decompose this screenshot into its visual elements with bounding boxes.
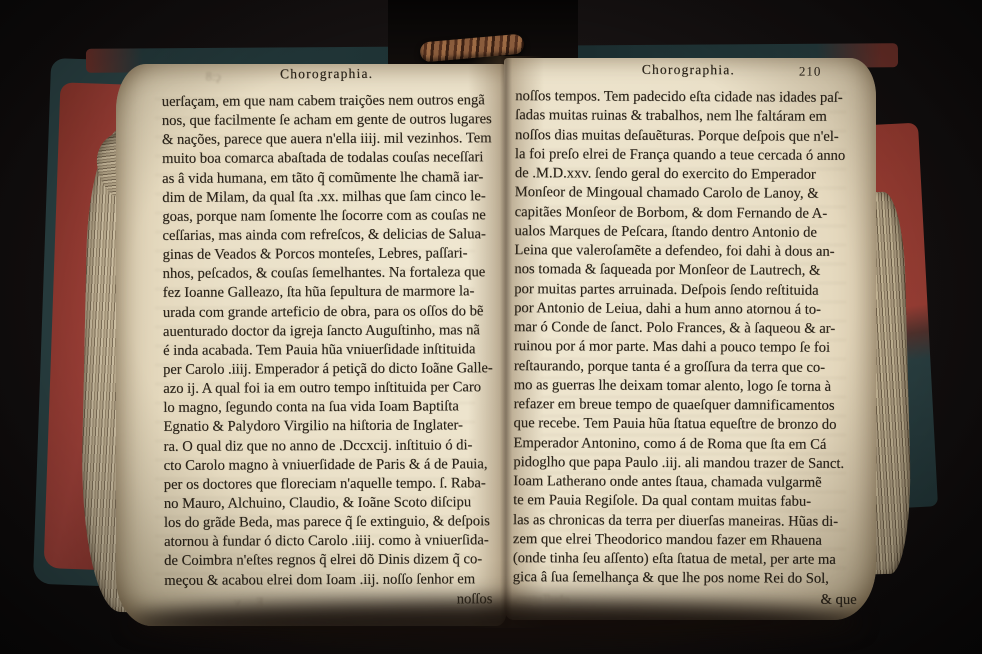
text-line: uerſaçam, em que nam cabem traições nem … xyxy=(162,91,492,112)
text-line: Egnatio & Palydoro Virgilio na hiſtoria … xyxy=(163,417,493,438)
text-line: capitães Monſeor de Borbom, & dom Fernan… xyxy=(515,203,861,224)
text-line: ceſſarias, mas ainda com refreſcos, & de… xyxy=(162,225,492,246)
text-line: per os doctores que floreciam n'aquelle … xyxy=(164,474,494,495)
text-line: & nações, parece que auera n'ella iiij. … xyxy=(162,129,492,150)
text-line: ruinou por á mor parte. Mas dahi a pouco… xyxy=(514,337,860,358)
catchword-left: noſſos xyxy=(457,591,493,608)
text-line: mar ó Conde de ſanct. Polo Frances, & à … xyxy=(514,318,860,339)
text-line: urada com grande arteficio de obra, para… xyxy=(163,302,493,323)
footer-showthrough-mark: obuſſagem xyxy=(517,592,570,607)
text-line: muito boa comarca abaſtada de todalas co… xyxy=(162,149,492,170)
text-line: que recebe. Tem Pauia hũa ſtatua equeſtr… xyxy=(513,414,859,435)
text-line: atornou à fundar ó dicto Carolo .iiij. c… xyxy=(164,531,494,552)
text-line: fez Ioanne Galleazo, ſta hũa ſepultura d… xyxy=(163,283,493,304)
text-line: goas, porque nam ſomente lhe ſocorre com… xyxy=(162,206,492,227)
text-line: por muitas partes arruinada. Deſpois ſen… xyxy=(514,280,860,301)
text-line: as â vida humana, em tãto q̃ comũmente l… xyxy=(162,168,492,189)
text-line: ſadas muitas ruinas & trabalhos, nem lhe… xyxy=(515,106,861,127)
right-text-block: noſſos tempos. Tem padecido eſta cidade … xyxy=(513,87,862,589)
text-line: ra. O qual diz que no anno de .Dccxcij. … xyxy=(164,436,494,457)
catchword-right: & que xyxy=(821,591,857,608)
text-line: Ioam Latherano onde antes ſtaua, chamada… xyxy=(513,472,859,493)
text-line: lo magno, ſegundo conta na ſua vida Ioam… xyxy=(163,397,493,418)
text-line: per Carolo .iiij. Emperador á petiçã do … xyxy=(163,359,489,380)
left-header-row: ç:8 Chorographia. xyxy=(162,65,492,89)
signature-showthrough-mark: E v xyxy=(228,595,263,610)
text-line: é inda acabada. Tem Pauia hũa vniuerſida… xyxy=(163,340,493,361)
text-line: de .M.D.xxv. ſendo geral do exercito do … xyxy=(515,164,861,185)
text-line: noſſos dias muitas deſauẽturas. Porque d… xyxy=(515,126,861,147)
text-line: Emperador Antonino, como á de Roma que ſ… xyxy=(513,434,859,455)
text-line: Leina que valeroſamẽte a defendeo, foi d… xyxy=(514,241,860,262)
text-line: dim de Milam, da qual ſta .xx. milhas qu… xyxy=(162,187,492,208)
text-line: (onde tinha ſeu aſſento) eſta ſtatua de … xyxy=(513,549,859,570)
text-line: la foi preſo elrei de França quando a te… xyxy=(515,145,861,166)
text-line: gica â ſua ſemelhança & que lhe pos nome… xyxy=(513,568,859,589)
text-line: nos, que facilmente ſe acham em gente de… xyxy=(162,110,492,131)
text-line: pidoglho que papa Paulo .iij. ali mandou… xyxy=(513,453,859,474)
right-header-row: Chorographia. 210 xyxy=(515,61,861,85)
right-footer-row: obuſſagem & que xyxy=(513,589,859,613)
text-line: de Coimbra n'eſtes regnos q̃ elrei dõ Di… xyxy=(164,551,494,572)
text-line: reſtaurando, porque tanta é a groſſura d… xyxy=(514,357,860,378)
left-page-text: ç:8 Chorographia. uerſaçam, em que nam c… xyxy=(162,65,495,613)
text-line: auenturado doctor da igreja ſancto Auguſ… xyxy=(163,321,493,342)
text-line: mo as guerras lhe deixam tomar alento, l… xyxy=(514,376,860,397)
text-line: azo ij. A qual foi ia em outro tempo inſ… xyxy=(163,378,493,399)
left-footer-row: E v noſſos xyxy=(164,590,494,614)
text-line: te em Pauia Regiſole. Da qual contam mui… xyxy=(513,491,859,512)
left-text-block: uerſaçam, em que nam cabem traições nem … xyxy=(162,91,495,590)
text-line: no Mauro, Alchuino, Claudio, & Ioãne Sco… xyxy=(164,493,494,514)
text-line: por Antonio de Leiua, dahi a hum anno at… xyxy=(514,299,860,320)
text-line: meçou & acabou elrei dom Ioam .iij. noſſ… xyxy=(164,570,494,591)
text-line: nos tomada & ſaqueada por Monſeor de Lau… xyxy=(514,260,860,281)
header-showthrough-mark: ç:8 xyxy=(206,70,221,85)
text-line: las as chronicas da terra per diuerſas m… xyxy=(513,511,859,532)
text-line: cto Carolo magno à vniuerſidade de Paris… xyxy=(164,455,494,476)
text-line: zem que elrei Theodorico mandou fazer em… xyxy=(513,530,859,551)
text-line: los do grãde Beda, mas parece q̃ ſe exti… xyxy=(164,512,494,533)
page-number: 210 xyxy=(799,64,822,80)
right-page-text: Chorographia. 210 noſſos tempos. Tem pad… xyxy=(513,61,862,612)
text-line: ginas de Veados & Porcos monteſes, Lebre… xyxy=(163,244,493,265)
text-line: Monſeor de Mingoual chamado Carolo de La… xyxy=(515,183,861,204)
book-photo: ç:8 Chorographia. uerſaçam, em que nam c… xyxy=(0,0,982,654)
text-line: refazer em breue tempo de quaeſquer damn… xyxy=(514,395,860,416)
text-line: nhos, peſcados, & couſas ſemelhantes. Na… xyxy=(163,263,493,284)
text-line: noſſos tempos. Tem padecido eſta cidade … xyxy=(515,87,861,108)
text-line: ualos Marques de Peſcara, ſtando dentro … xyxy=(514,222,860,243)
